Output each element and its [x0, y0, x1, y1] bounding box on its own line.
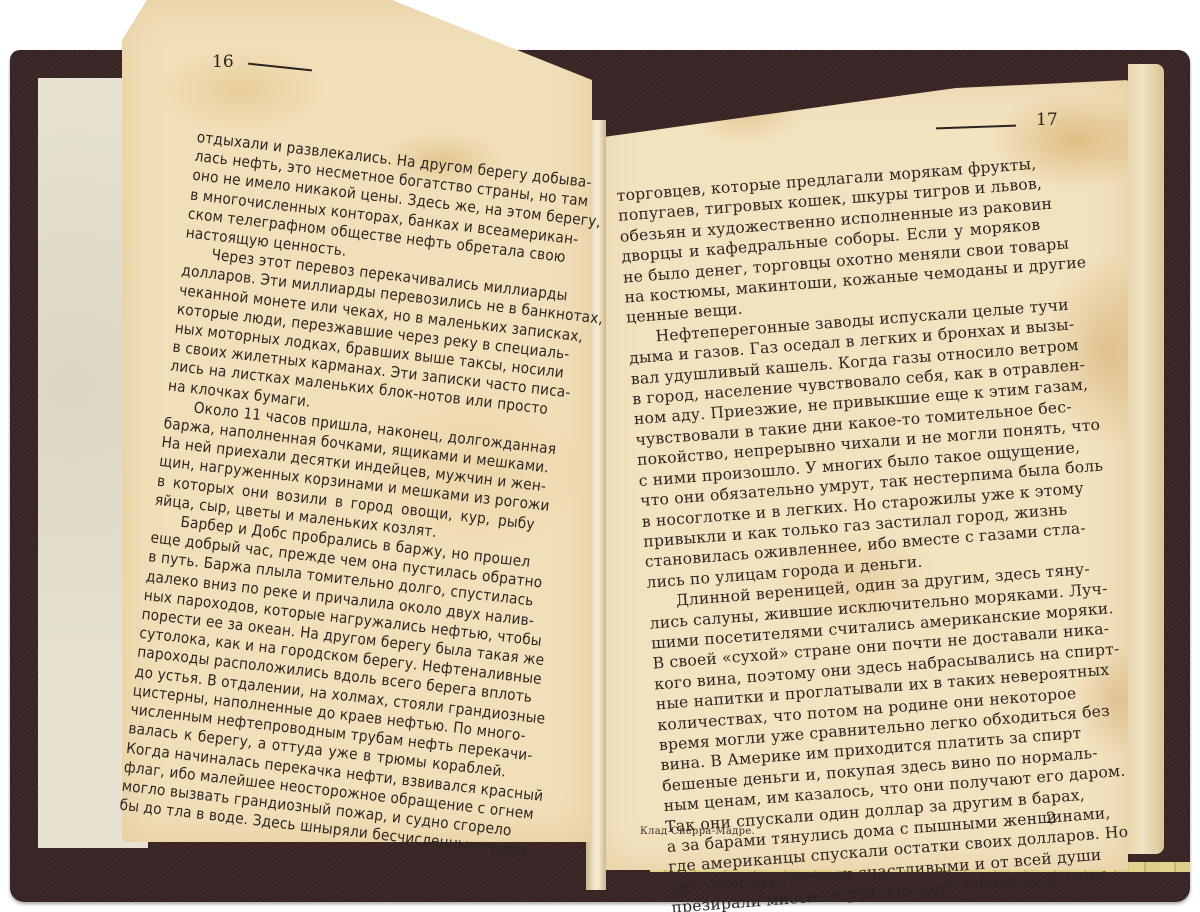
- left-page-text: отдыхали и развлекались. На другом берег…: [119, 128, 576, 858]
- right-page-text: торговцев, которые предлагали морякам фр…: [616, 154, 1091, 912]
- left-page-number: 16: [212, 52, 234, 72]
- signature-title: Клад Сиерра-Мадре.: [640, 826, 755, 837]
- right-page-number: 17: [1036, 110, 1058, 130]
- page-fore-edge: [1128, 64, 1164, 854]
- signature-number: 2: [1046, 808, 1056, 827]
